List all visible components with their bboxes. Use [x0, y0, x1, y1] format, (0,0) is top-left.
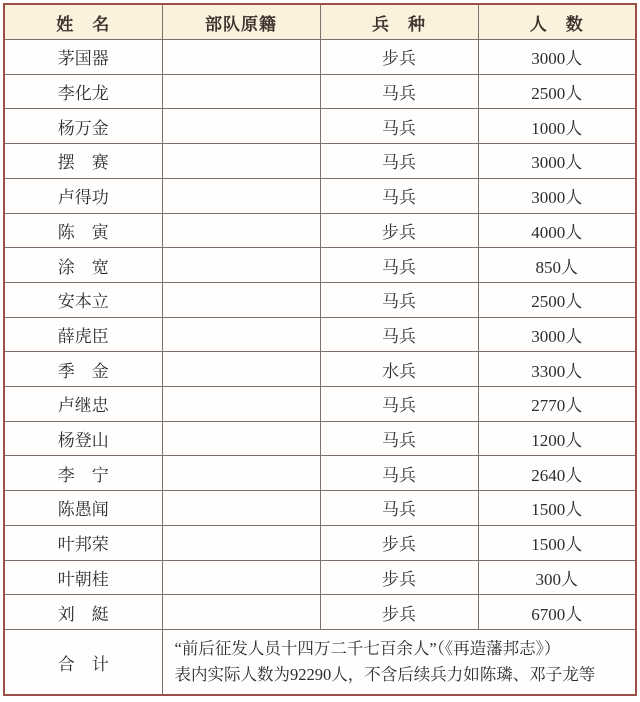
name-cell: 叶朝桂: [4, 560, 162, 595]
branch-cell: 马兵: [320, 387, 478, 422]
name-cell: 陈愚闻: [4, 491, 162, 526]
count-cell: 2500人: [478, 74, 636, 109]
name-cell: 茅国器: [4, 40, 162, 75]
branch-cell: 步兵: [320, 213, 478, 248]
table-row: 陈 寅 步兵 4000人: [4, 213, 636, 248]
table-row: 杨登山 马兵 1200人: [4, 421, 636, 456]
name-cell: 叶邦荣: [4, 525, 162, 560]
branch-cell: 马兵: [320, 248, 478, 283]
origin-cell: [162, 248, 320, 283]
count-cell: 3000人: [478, 317, 636, 352]
count-cell: 1200人: [478, 421, 636, 456]
table-row: 卢得功 马兵 3000人: [4, 178, 636, 213]
table-row: 卢继忠 马兵 2770人: [4, 387, 636, 422]
branch-cell: 马兵: [320, 317, 478, 352]
table-row: 杨万金 马兵 1000人: [4, 109, 636, 144]
origin-cell: [162, 109, 320, 144]
table-row: 李 宁 马兵 2640人: [4, 456, 636, 491]
count-cell: 3000人: [478, 40, 636, 75]
name-cell: 摆 赛: [4, 144, 162, 179]
count-cell: 2770人: [478, 387, 636, 422]
origin-cell: [162, 525, 320, 560]
origin-cell: [162, 74, 320, 109]
name-cell: 涂 宽: [4, 248, 162, 283]
table-row: 摆 赛 马兵 3000人: [4, 144, 636, 179]
origin-cell: [162, 595, 320, 630]
count-cell: 4000人: [478, 213, 636, 248]
count-cell: 2500人: [478, 282, 636, 317]
name-cell: 李化龙: [4, 74, 162, 109]
origin-cell: [162, 144, 320, 179]
table-row: 安本立 马兵 2500人: [4, 282, 636, 317]
branch-cell: 马兵: [320, 456, 478, 491]
table-row: 季 金 水兵 3300人: [4, 352, 636, 387]
origin-cell: [162, 456, 320, 491]
troops-table: 姓 名 部队原籍 兵 种 人 数 茅国器 步兵 3000人 李化龙 马兵 250…: [3, 3, 637, 696]
branch-cell: 马兵: [320, 421, 478, 456]
table-row: 陈愚闻 马兵 1500人: [4, 491, 636, 526]
table-body: 茅国器 步兵 3000人 李化龙 马兵 2500人 杨万金 马兵 1000人 摆…: [4, 40, 636, 630]
count-cell: 300人: [478, 560, 636, 595]
origin-cell: [162, 282, 320, 317]
branch-cell: 步兵: [320, 525, 478, 560]
name-cell: 杨登山: [4, 421, 162, 456]
total-note-line2: 表内实际人数为92290人，不含后续兵力如陈璘、邓子龙等: [175, 662, 630, 688]
troops-table-container: 姓 名 部队原籍 兵 种 人 数 茅国器 步兵 3000人 李化龙 马兵 250…: [3, 3, 637, 696]
table-row: 刘 綎 步兵 6700人: [4, 595, 636, 630]
name-cell: 薛虎臣: [4, 317, 162, 352]
name-cell: 季 金: [4, 352, 162, 387]
name-cell: 李 宁: [4, 456, 162, 491]
name-cell: 杨万金: [4, 109, 162, 144]
branch-cell: 马兵: [320, 178, 478, 213]
header-origin: 部队原籍: [162, 4, 320, 40]
count-cell: 1500人: [478, 525, 636, 560]
table-row: 李化龙 马兵 2500人: [4, 74, 636, 109]
total-row: 合 计 “前后征发人员十四万二千七百余人”（《再造藩邦志》） 表内实际人数为92…: [4, 630, 636, 696]
branch-cell: 马兵: [320, 144, 478, 179]
header-name: 姓 名: [4, 4, 162, 40]
branch-cell: 步兵: [320, 595, 478, 630]
origin-cell: [162, 560, 320, 595]
name-cell: 卢得功: [4, 178, 162, 213]
origin-cell: [162, 387, 320, 422]
table-row: 叶朝桂 步兵 300人: [4, 560, 636, 595]
count-cell: 1500人: [478, 491, 636, 526]
branch-cell: 马兵: [320, 109, 478, 144]
total-note-line1: “前后征发人员十四万二千七百余人”（《再造藩邦志》）: [175, 636, 630, 662]
origin-cell: [162, 40, 320, 75]
table-row: 茅国器 步兵 3000人: [4, 40, 636, 75]
table-row: 叶邦荣 步兵 1500人: [4, 525, 636, 560]
origin-cell: [162, 213, 320, 248]
name-cell: 刘 綎: [4, 595, 162, 630]
name-cell: 安本立: [4, 282, 162, 317]
origin-cell: [162, 421, 320, 456]
name-cell: 卢继忠: [4, 387, 162, 422]
branch-cell: 马兵: [320, 282, 478, 317]
table-row: 涂 宽 马兵 850人: [4, 248, 636, 283]
table-row: 薛虎臣 马兵 3000人: [4, 317, 636, 352]
header-count: 人 数: [478, 4, 636, 40]
origin-cell: [162, 178, 320, 213]
count-cell: 1000人: [478, 109, 636, 144]
branch-cell: 马兵: [320, 491, 478, 526]
header-branch: 兵 种: [320, 4, 478, 40]
table-header: 姓 名 部队原籍 兵 种 人 数: [4, 4, 636, 40]
origin-cell: [162, 352, 320, 387]
count-cell: 2640人: [478, 456, 636, 491]
count-cell: 6700人: [478, 595, 636, 630]
branch-cell: 马兵: [320, 74, 478, 109]
branch-cell: 步兵: [320, 560, 478, 595]
branch-cell: 步兵: [320, 40, 478, 75]
total-note-cell: “前后征发人员十四万二千七百余人”（《再造藩邦志》） 表内实际人数为92290人…: [162, 630, 636, 696]
count-cell: 3300人: [478, 352, 636, 387]
header-row: 姓 名 部队原籍 兵 种 人 数: [4, 4, 636, 40]
origin-cell: [162, 491, 320, 526]
count-cell: 3000人: [478, 178, 636, 213]
branch-cell: 水兵: [320, 352, 478, 387]
table-footer: 合 计 “前后征发人员十四万二千七百余人”（《再造藩邦志》） 表内实际人数为92…: [4, 630, 636, 696]
name-cell: 陈 寅: [4, 213, 162, 248]
count-cell: 850人: [478, 248, 636, 283]
total-label: 合 计: [4, 630, 162, 696]
count-cell: 3000人: [478, 144, 636, 179]
origin-cell: [162, 317, 320, 352]
